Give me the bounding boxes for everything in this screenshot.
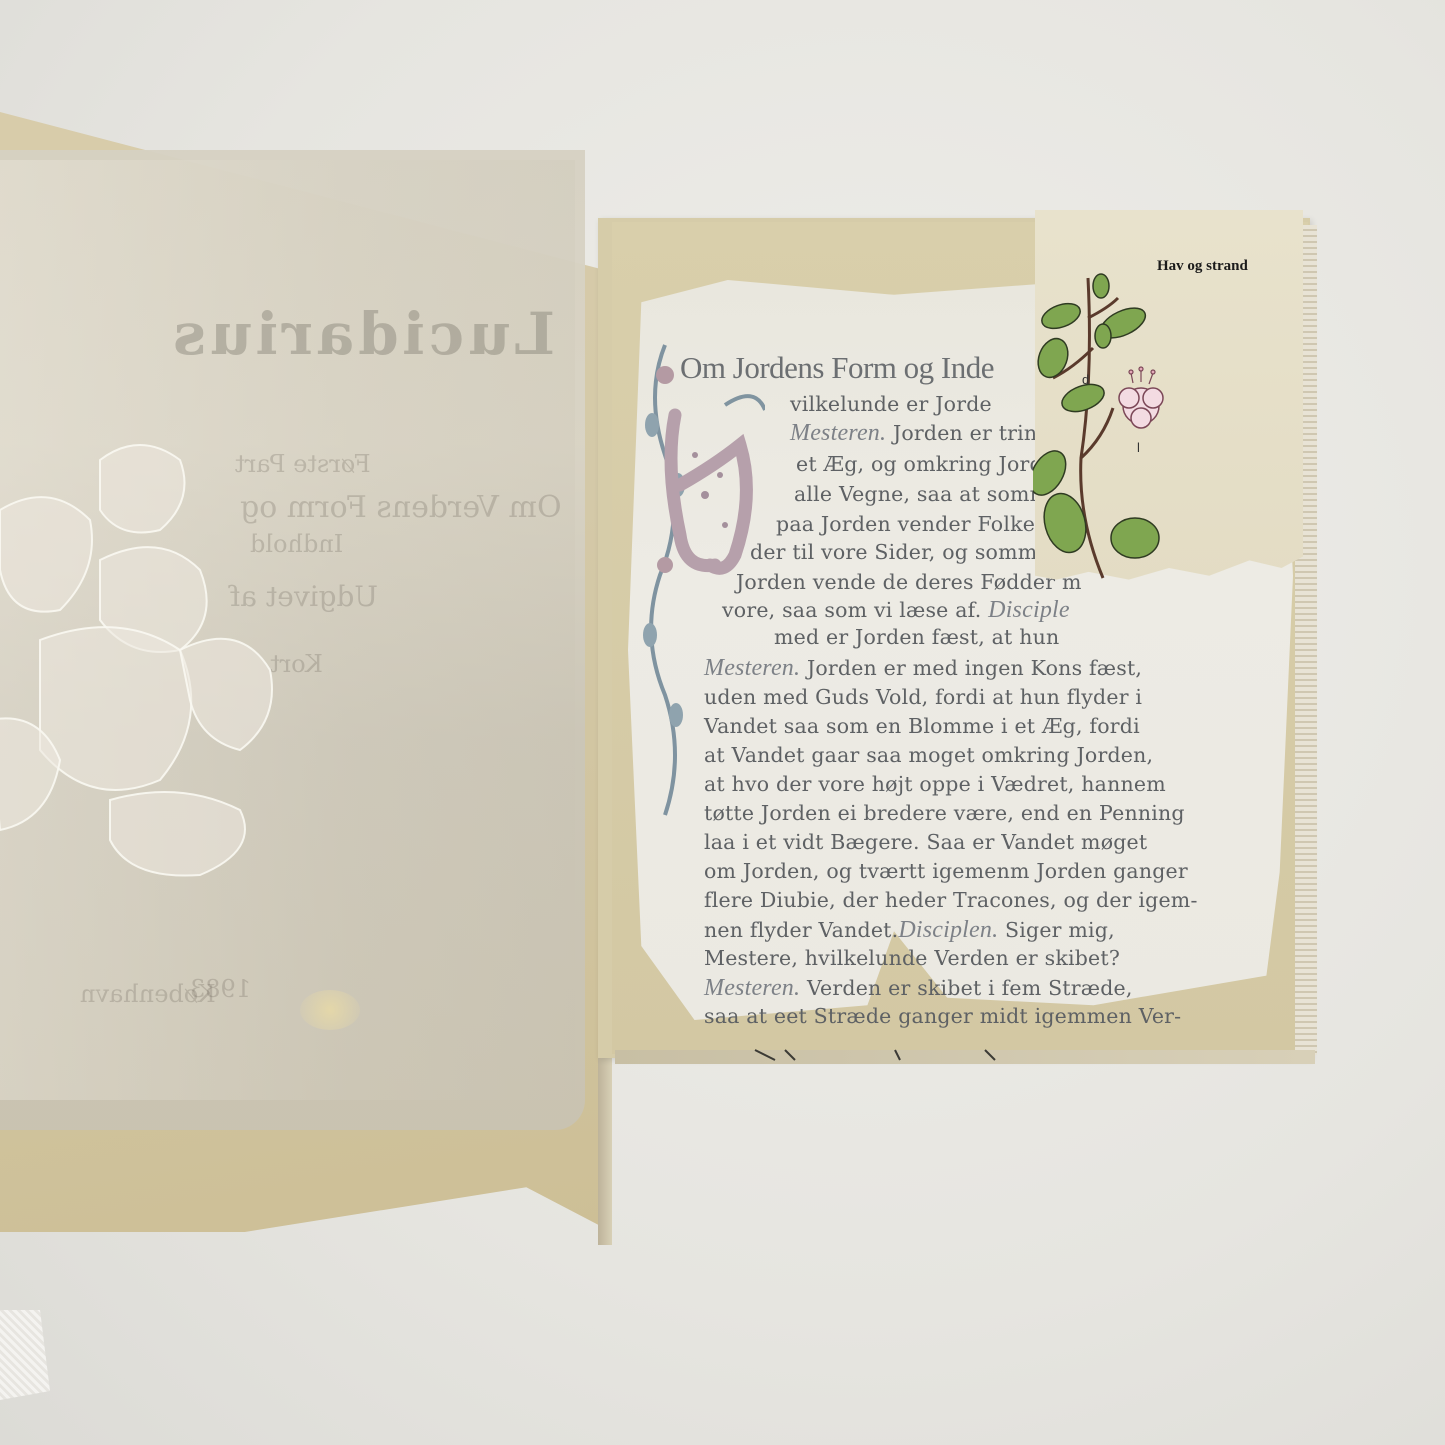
text-line: Mestere, hvilkelunde Verden er skibet?	[704, 946, 1120, 970]
sketch-peek-icon	[745, 1048, 1145, 1062]
text-line: nen flyder Vandet.Disciplen. Siger mig,	[704, 917, 1115, 944]
left-ghost-footer-city: København	[80, 980, 216, 1008]
text-line: Mesteren. Jorden er trin	[790, 420, 1037, 447]
text-line: at hvo der vore højt oppe i Vædret, hann…	[704, 772, 1166, 796]
text-line: vore, saa som vi læse af. Disciple	[722, 597, 1070, 624]
text-line: laa i et vidt Bægere. Saa er Vandet møge…	[704, 830, 1147, 854]
clipping-label-l: l	[1137, 440, 1140, 455]
text-line: Mesteren. Verden er skibet i fem Stræde,	[704, 975, 1133, 1002]
text-line: uden med Guds Vold, fordi at hun flyder …	[704, 685, 1142, 709]
text-line: paa Jorden vender Folket d	[776, 512, 1064, 536]
text-line: med er Jorden fæst, at hun	[774, 625, 1059, 649]
text-line: om Jorden, og tværtt igemenm Jorden gang…	[704, 859, 1188, 883]
caper-plant-illustration-icon	[1033, 258, 1173, 588]
embossed-flower-icon	[0, 420, 320, 890]
text-line: Mesteren. Jorden er med ingen Kons fæst,	[704, 655, 1142, 682]
text-line: der til vore Sider, og somme S	[750, 540, 1071, 564]
text-line: Vandet saa som en Blomme i et Æg, fordi	[704, 714, 1140, 738]
journal-photo: Lucidarius Første Part Om Verdens Form o…	[0, 0, 1445, 1445]
text-line: saa at eet Stræde ganger midt igemmen Ve…	[704, 1004, 1181, 1028]
clipping-label-d: d	[1082, 372, 1089, 387]
text-line: flere Diubie, der heder Tracones, og der…	[704, 888, 1198, 912]
paper-stain	[300, 990, 360, 1030]
text-line: et Æg, og omkring Jord	[796, 452, 1043, 476]
illuminated-initial-h-icon	[655, 385, 765, 585]
text-line: tøtte Jorden ei bredere være, end en Pen…	[704, 801, 1185, 825]
text-line: vilkelunde er Jorde	[790, 392, 992, 416]
text-line: at Vandet gaar saa moget omkring Jorden,	[704, 743, 1153, 767]
text-line: alle Vegne, saa at somm	[794, 482, 1049, 506]
left-ghost-title: Lucidarius	[95, 300, 555, 368]
text-line: Jorden vende de deres Fødder m	[736, 570, 1082, 594]
page-heading: Om Jordens Form og Inde	[680, 350, 994, 386]
